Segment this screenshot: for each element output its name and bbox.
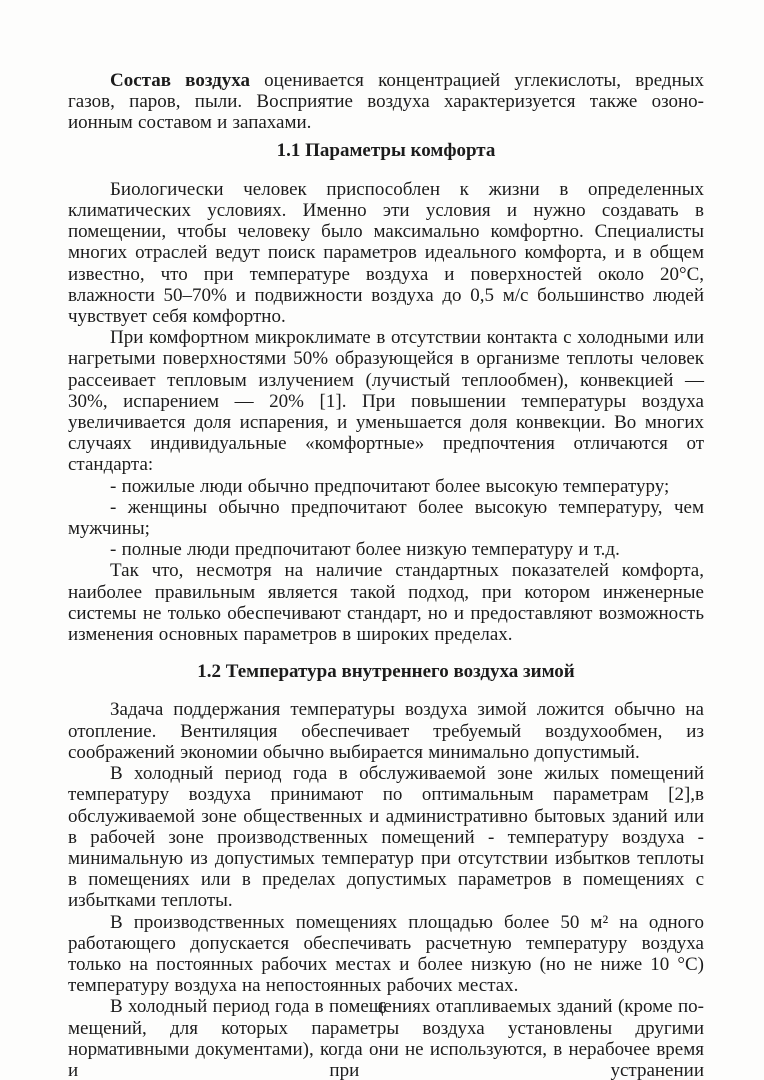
section-heading-1-2: 1.2 Температура внутреннего воздуха зимо… xyxy=(68,661,704,682)
paragraph: В производственных помещениях площадью б… xyxy=(68,912,704,997)
section-heading-1-1: 1.1 Параметры комфорта xyxy=(68,140,704,161)
intro-paragraph: Состав воздуха оценивается концентрацией… xyxy=(68,70,704,134)
paragraph: При комфортном микроклимате в отсутствии… xyxy=(68,327,704,475)
page-number: 6 xyxy=(0,998,764,1018)
intro-lead-bold: Состав воздуха xyxy=(110,70,250,91)
page-content: Состав воздуха оценивается концентрацией… xyxy=(68,70,704,1080)
paragraph: Биологически человек приспособлен к жизн… xyxy=(68,179,704,327)
paragraph: В холодный период года в обслуживаемой з… xyxy=(68,763,704,911)
list-item-paragraph: - женщины обычно предпочитают более высо… xyxy=(68,497,704,539)
list-item-paragraph: - пожилые люди обычно предпочитают более… xyxy=(68,476,704,497)
list-item-paragraph: - полные люди предпочитают более низкую … xyxy=(68,539,704,560)
paragraph: Так что, несмотря на наличие стандартных… xyxy=(68,560,704,645)
paragraph: Задача поддержания температуры воздуха з… xyxy=(68,699,704,763)
document-page: Состав воздуха оценивается концентрацией… xyxy=(0,0,764,1080)
